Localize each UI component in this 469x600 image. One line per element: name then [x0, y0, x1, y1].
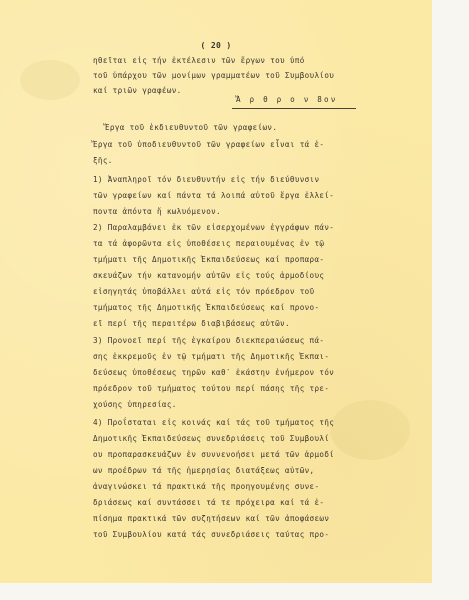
body-line: ου προπαρασκευάζων ἐν συννενοήσει μετά τ… — [93, 450, 334, 459]
body-line: ποντα ἀπόντα ἤ κωλυόμενον. — [93, 207, 221, 216]
body-line: 4) Προΐσταται εἰς κοινάς καί τάς τοῦ τμή… — [93, 418, 334, 427]
body-line: ἀναγινώσκει τά πρακτικά τῆς προηγουμένης… — [93, 482, 319, 491]
body-line: πίσημα πρακτικά τῶν συζητήσεων καί τῶν ἀ… — [93, 514, 329, 523]
body-line: Ἔργα τοῦ ὑποδιευθυντοῦ τῶν γραφείων εἶνα… — [93, 140, 324, 149]
body-line: πρόεδρον τοῦ τμήματος τούτου περί πάσης … — [93, 384, 329, 393]
body-line: τμήματος τῆς Δημοτικῆς Ἐκπαιδεύσεως καί … — [93, 303, 319, 312]
heading-underline — [232, 108, 356, 109]
body-line: τμήματι τῆς Δημοτικῆς Ἐκπαιδεύσεως καί π… — [93, 255, 324, 264]
body-line: σκευάζων τήν κατανομήν αὐτῶν εἰς τούς ἁρ… — [93, 271, 324, 280]
body-line: χούσης ὑπηρεσίας. — [93, 400, 177, 409]
body-line: εῖ περί τῆς περαιτέρω διαβιβάσεως αὐτῶν. — [93, 319, 290, 328]
body-line: τοῦ Συμβουλίου κατά τάς συνεδριάσεις ταύ… — [93, 530, 329, 539]
section-title: Ἔργα τοῦ ἐκδιευθυντοῦ τῶν γραφείων. — [105, 123, 277, 132]
body-line: ων προέδρων τά τῆς ἡμερησίας διατάξεως α… — [93, 466, 314, 475]
body-line: 2) Παραλαμβάνει ἐκ τῶν εἰσερχομένων ἐγγρ… — [93, 223, 334, 232]
body-line: τῶν γραφείων καί πάντα τά λοιπά αὐτοῦ ἔρ… — [93, 191, 334, 200]
body-line: δριάσεως καί συντάσσει τά τε πρόχειρα κα… — [93, 498, 324, 507]
body-line: 1) Ἀναπληροῖ τόν διευθυντήν εἰς τήν διεύ… — [93, 175, 319, 184]
intro-line: τοῦ ὑπάρχου τῶν μονίμων γραμματέων τοῦ Σ… — [93, 71, 334, 80]
body-line: δεύσεως ὑποθέσεως τηρῶν καθ᾿ ἑκάστην ἐνή… — [93, 368, 334, 377]
page-number: ( 20 ) — [0, 41, 432, 50]
body-line: σης ἐκκρεμοῦς ἐν τῷ τμήματι τῆς Δημοτικῆ… — [93, 352, 329, 361]
body-line: ξῆς. — [93, 156, 113, 165]
intro-line: καί τριῶν γραφέων. — [93, 86, 182, 95]
typewritten-text: ( 20 ) ηθεῖται εἰς τήν ἐκτέλεσιν τῶν ἔργ… — [0, 0, 432, 583]
body-line: Δημοτικῆς Ἐκπαιδεύσεως συνεδριάσεις τοῦ … — [93, 434, 329, 443]
body-line: τα τά ἀφορῶντα εἰς ὑποθέσεις περαιουμένα… — [93, 239, 324, 248]
body-line: εἰσηγητάς ὑποβάλλει αὐτά εἰς τόν πρόεδρο… — [93, 287, 314, 296]
article-heading: Ἄ ρ θ ρ ο ν 8ον — [236, 95, 338, 104]
intro-line: ηθεῖται εἰς τήν ἐκτέλεσιν τῶν ἔργων του … — [93, 56, 305, 65]
body-line: 3) Προνοεῖ περί τῆς ἐγκαίρου διεκπεραιώσ… — [93, 336, 324, 345]
